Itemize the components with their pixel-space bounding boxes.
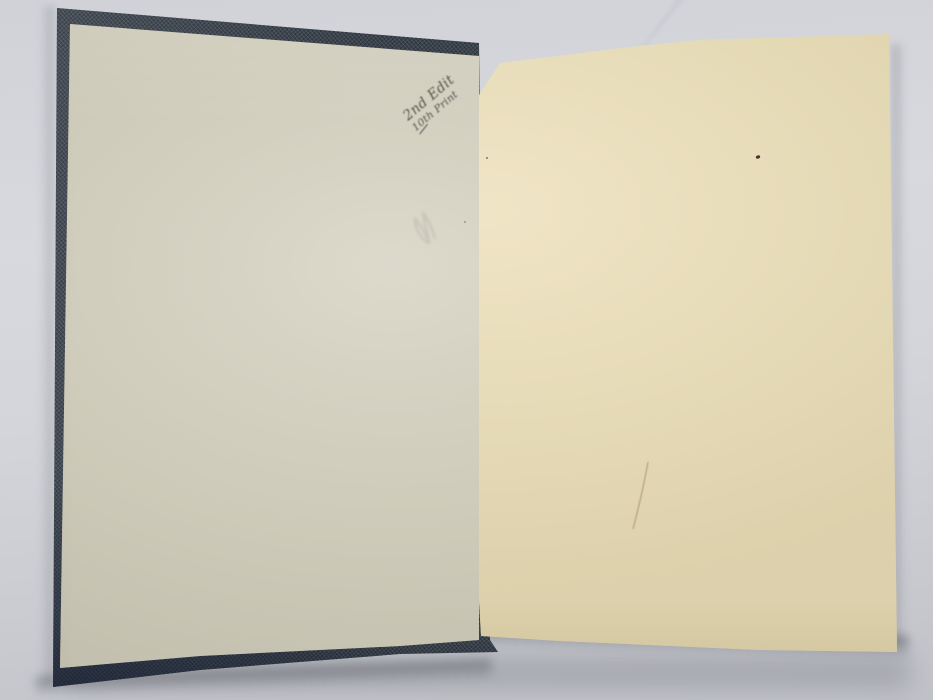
photo-backdrop: 2nd Edit 10th Print — [0, 0, 933, 700]
left-edge-shadow — [40, 6, 54, 682]
